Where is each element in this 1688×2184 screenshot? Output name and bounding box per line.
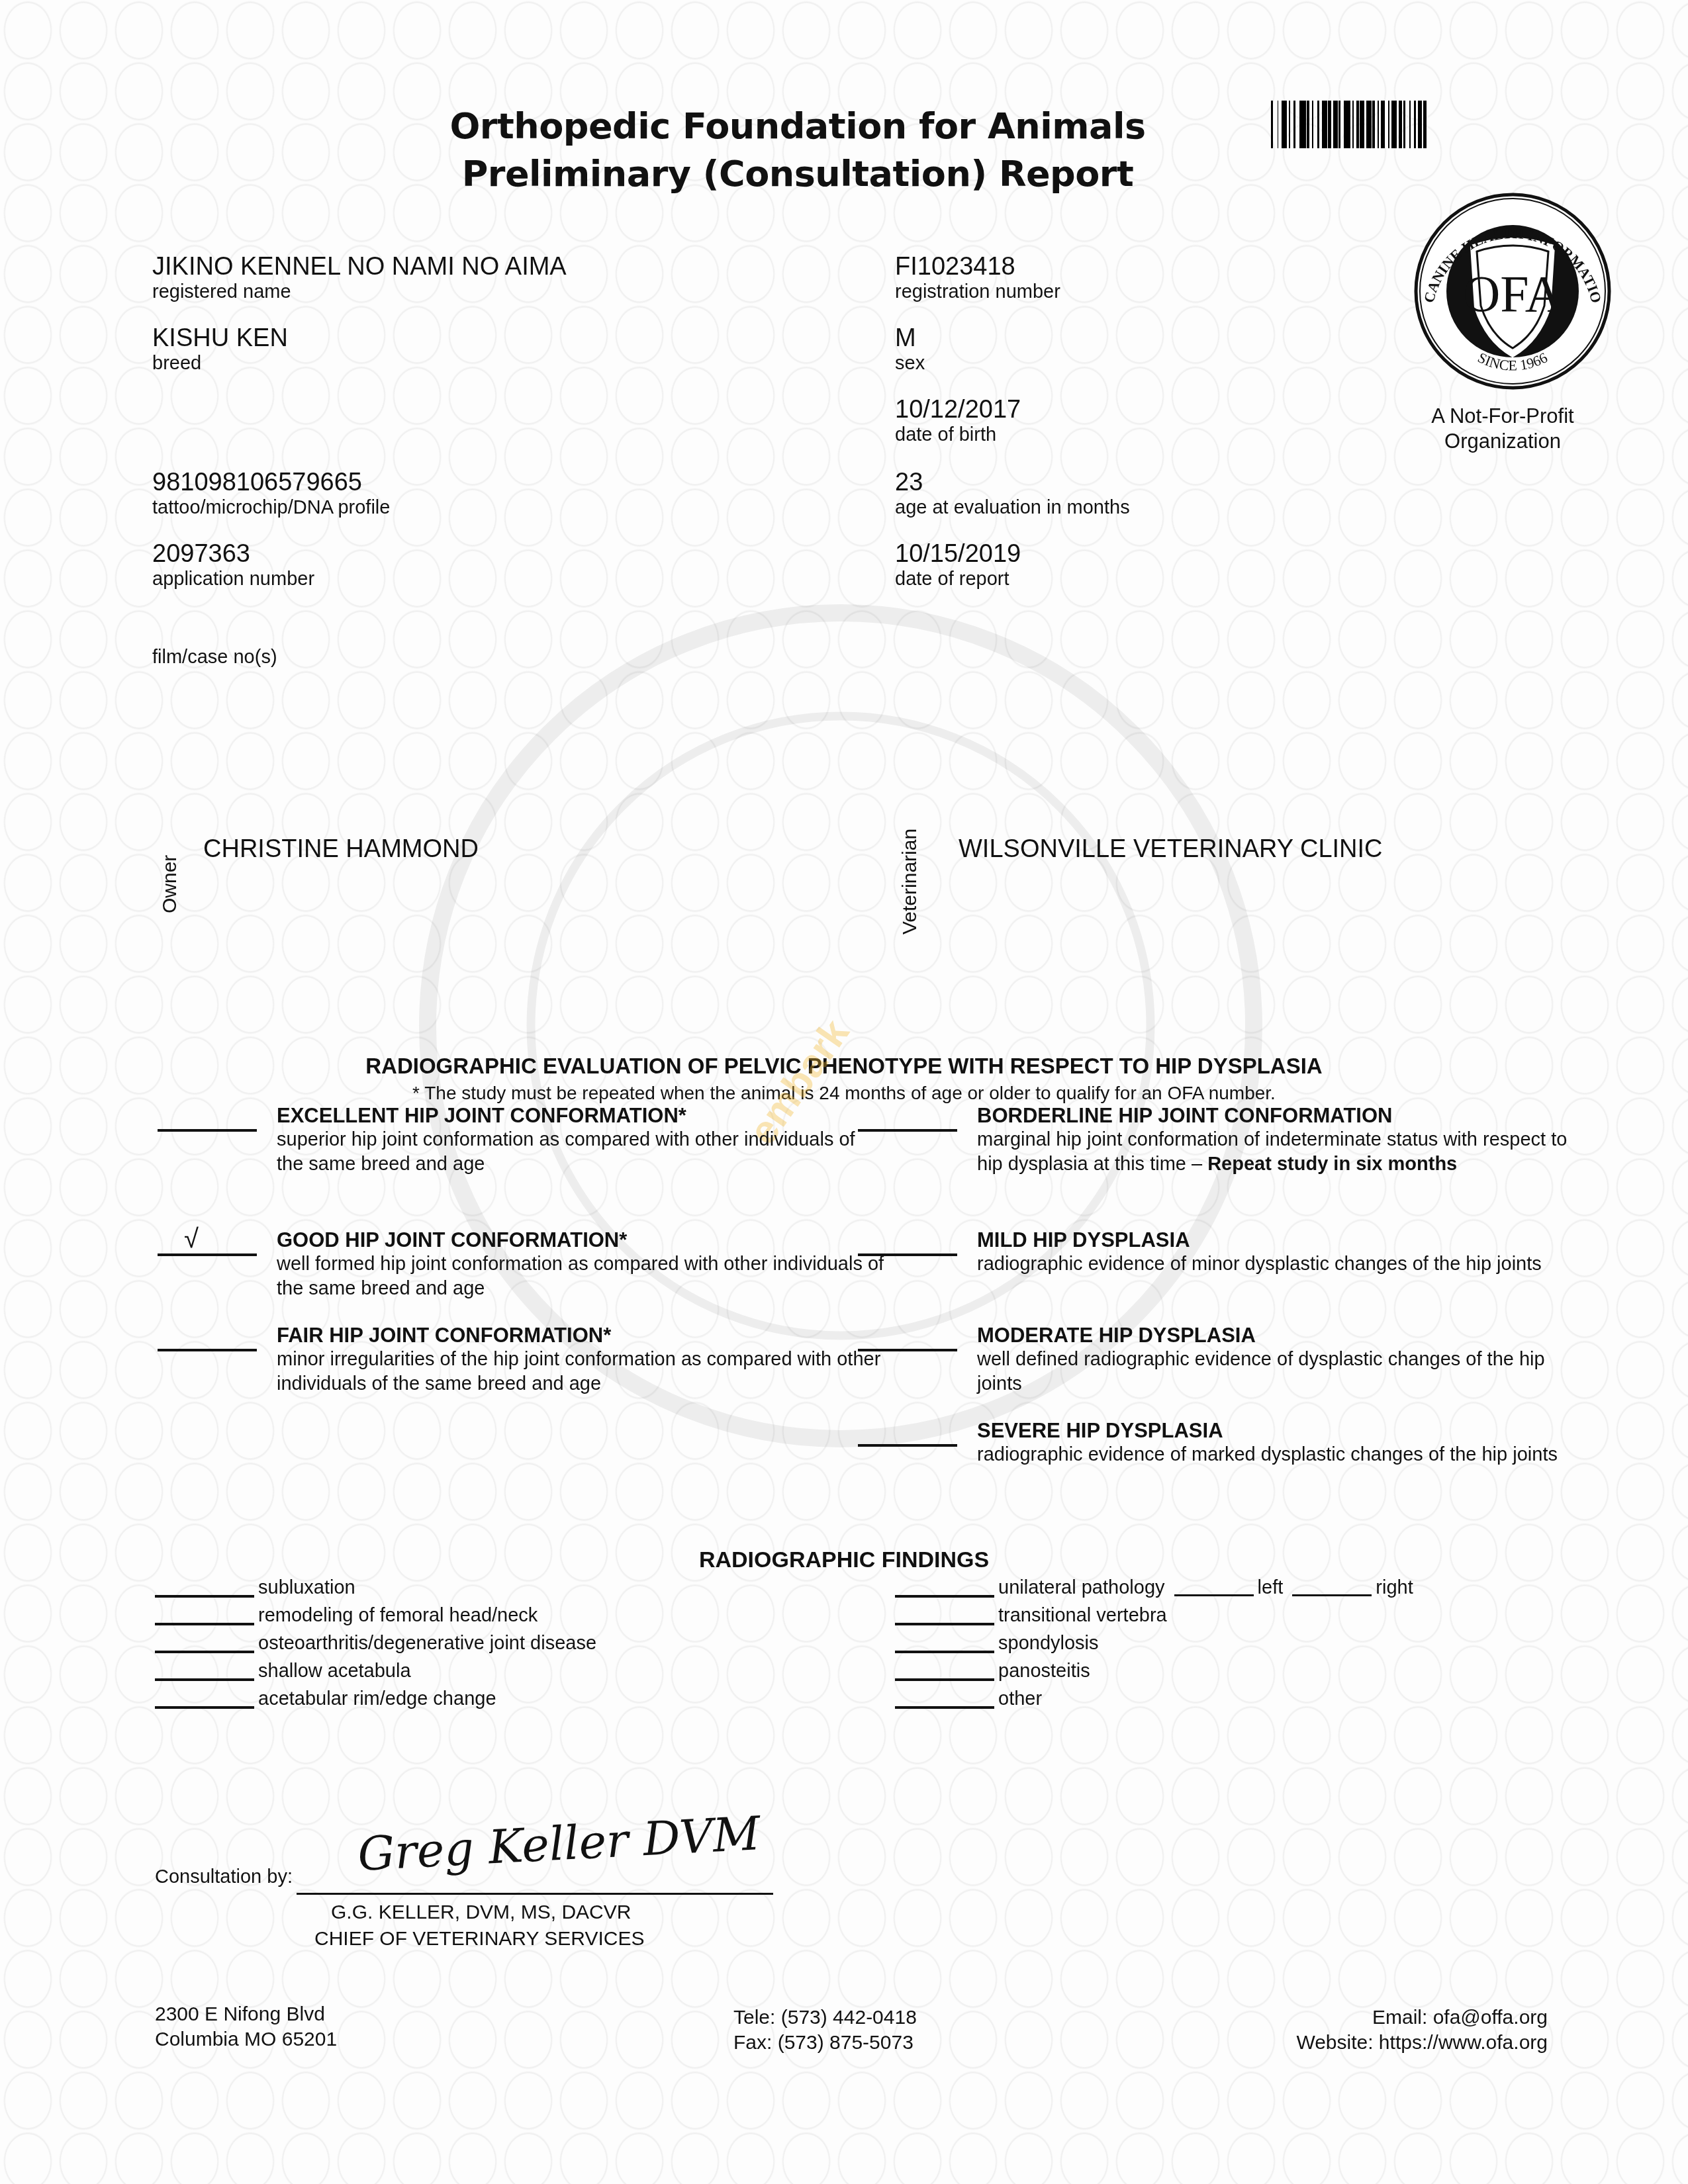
footer-address: 2300 E Nifong Blvd Columbia MO 65201 — [155, 2002, 337, 2052]
finding-item[interactable]: transitional vertebra — [895, 1604, 1167, 1627]
finding-item[interactable]: spondylosis — [895, 1632, 1099, 1655]
grade-name: GOOD HIP JOINT CONFORMATION* — [277, 1228, 886, 1252]
finding-item[interactable]: subluxation — [155, 1576, 355, 1599]
finding-item[interactable]: unilateral pathology left right — [895, 1576, 1413, 1599]
field-film-case: film/case no(s) — [152, 646, 277, 668]
signature-line — [297, 1893, 773, 1895]
grade-check-line[interactable] — [158, 1253, 257, 1256]
field-age-months: 23 age at evaluation in months — [895, 469, 1130, 519]
barcode-bar — [1344, 101, 1350, 148]
grade-check-line[interactable] — [858, 1253, 957, 1256]
grade-option[interactable]: FAIR HIP JOINT CONFORMATION*minor irregu… — [277, 1324, 886, 1396]
grade-option[interactable]: SEVERE HIP DYSPLASIAradiographic evidenc… — [977, 1419, 1586, 1467]
grade-description: well defined radiographic evidence of dy… — [977, 1347, 1586, 1396]
grade-description: well formed hip joint conformation as co… — [277, 1252, 886, 1301]
grade-description: radiographic evidence of minor dysplasti… — [977, 1252, 1586, 1277]
grade-description: minor irregularities of the hip joint co… — [277, 1347, 886, 1396]
finding-item[interactable]: shallow acetabula — [155, 1660, 411, 1682]
barcode-bar — [1366, 101, 1372, 148]
grade-description: radiographic evidence of marked dysplast… — [977, 1443, 1586, 1467]
check-mark-icon: √ — [184, 1224, 199, 1254]
grade-description: superior hip joint conformation as compa… — [277, 1128, 886, 1177]
finding-check-line[interactable] — [155, 1678, 254, 1681]
grade-check-line[interactable] — [158, 1129, 257, 1132]
grade-option[interactable]: BORDERLINE HIP JOINT CONFORMATIONmargina… — [977, 1104, 1586, 1177]
grade-check-line[interactable] — [858, 1349, 957, 1351]
grade-name: FAIR HIP JOINT CONFORMATION* — [277, 1324, 886, 1347]
findings-heading: RADIOGRAPHIC FINDINGS — [0, 1547, 1688, 1573]
field-date-of-birth: 10/12/2017 date of birth — [895, 396, 1021, 446]
footer-contact: Email: ofa@offa.org Website: https://www… — [1296, 2005, 1548, 2056]
finding-check-line[interactable] — [155, 1651, 254, 1653]
veterinarian-name: WILSONVILLE VETERINARY CLINIC — [959, 835, 1383, 863]
right-side-line[interactable] — [1292, 1594, 1372, 1596]
consultation-by-label: Consultation by: — [155, 1866, 293, 1888]
field-breed: KISHU KEN breed — [152, 324, 288, 375]
field-application-number: 2097363 application number — [152, 540, 314, 590]
veterinarian-label: Veterinarian — [899, 829, 921, 934]
footer-website[interactable]: Website: https://www.ofa.org — [1296, 2030, 1548, 2056]
footer-email[interactable]: Email: ofa@offa.org — [1296, 2005, 1548, 2030]
grade-description: marginal hip joint conformation of indet… — [977, 1128, 1586, 1177]
grade-option[interactable]: √GOOD HIP JOINT CONFORMATION*well formed… — [277, 1228, 886, 1301]
finding-check-line[interactable] — [155, 1706, 254, 1709]
finding-item[interactable]: remodeling of femoral head/neck — [155, 1604, 538, 1627]
finding-check-line[interactable] — [155, 1595, 254, 1598]
field-microchip: 981098106579665 tattoo/microchip/DNA pro… — [152, 469, 390, 519]
finding-check-line[interactable] — [895, 1595, 994, 1598]
finding-check-line[interactable] — [895, 1623, 994, 1625]
grade-option[interactable]: EXCELLENT HIP JOINT CONFORMATION*superio… — [277, 1104, 886, 1177]
finding-item[interactable]: panosteitis — [895, 1660, 1090, 1682]
left-side-line[interactable] — [1174, 1594, 1254, 1596]
grade-check-line[interactable] — [858, 1444, 957, 1447]
footer-phone: Tele: (573) 442-0418 Fax: (573) 875-5073 — [733, 2005, 917, 2056]
signer-block: G.G. KELLER, DVM, MS, DACVR CHIEF OF VET… — [331, 1899, 644, 1952]
finding-item[interactable]: other — [895, 1688, 1042, 1710]
grade-name: BORDERLINE HIP JOINT CONFORMATION — [977, 1104, 1586, 1128]
field-registered-name: JIKINO KENNEL NO NAMI NO AIMA registered… — [152, 253, 567, 303]
field-registration-number: FI1023418 registration number — [895, 253, 1060, 303]
evaluation-heading: RADIOGRAPHIC EVALUATION OF PELVIC PHENOT… — [0, 1054, 1688, 1079]
owner-name: CHRISTINE HAMMOND — [203, 835, 479, 863]
finding-check-line[interactable] — [895, 1651, 994, 1653]
barcode-bar — [1322, 101, 1327, 148]
grade-name: MODERATE HIP DYSPLASIA — [977, 1324, 1586, 1347]
grade-check-line[interactable] — [858, 1129, 957, 1132]
ofa-seal-logo: OFA OFA · THE CANINE HEALTH INFORMATION … — [1413, 192, 1612, 390]
grade-option[interactable]: MILD HIP DYSPLASIAradiographic evidence … — [977, 1228, 1586, 1277]
finding-check-line[interactable] — [895, 1678, 994, 1681]
finding-item[interactable]: acetabular rim/edge change — [155, 1688, 496, 1710]
grade-name: EXCELLENT HIP JOINT CONFORMATION* — [277, 1104, 886, 1128]
evaluation-note: * The study must be repeated when the an… — [0, 1083, 1688, 1104]
report-page: Orthopedic Foundation for Animals Prelim… — [0, 0, 1688, 2184]
barcode-bar — [1391, 101, 1397, 148]
finding-check-line[interactable] — [155, 1623, 254, 1625]
grade-name: SEVERE HIP DYSPLASIA — [977, 1419, 1586, 1443]
not-for-profit-caption: A Not-For-Profit Organization — [1377, 404, 1628, 454]
barcode — [1271, 101, 1615, 148]
field-date-of-report: 10/15/2019 date of report — [895, 540, 1021, 590]
barcode-bar — [1427, 101, 1428, 148]
grade-option[interactable]: MODERATE HIP DYSPLASIAwell defined radio… — [977, 1324, 1586, 1396]
barcode-bar — [1299, 101, 1306, 148]
finding-item[interactable]: osteoarthritis/degenerative joint diseas… — [155, 1632, 596, 1655]
owner-label: Owner — [159, 855, 181, 913]
field-sex: M sex — [895, 324, 925, 375]
grade-name: MILD HIP DYSPLASIA — [977, 1228, 1586, 1252]
handwritten-signature: Greg Keller DVM — [356, 1806, 761, 1882]
seal-center-text: OFA — [1463, 265, 1562, 322]
finding-check-line[interactable] — [895, 1706, 994, 1709]
barcode-bar — [1282, 101, 1287, 148]
grade-check-line[interactable] — [158, 1349, 257, 1351]
